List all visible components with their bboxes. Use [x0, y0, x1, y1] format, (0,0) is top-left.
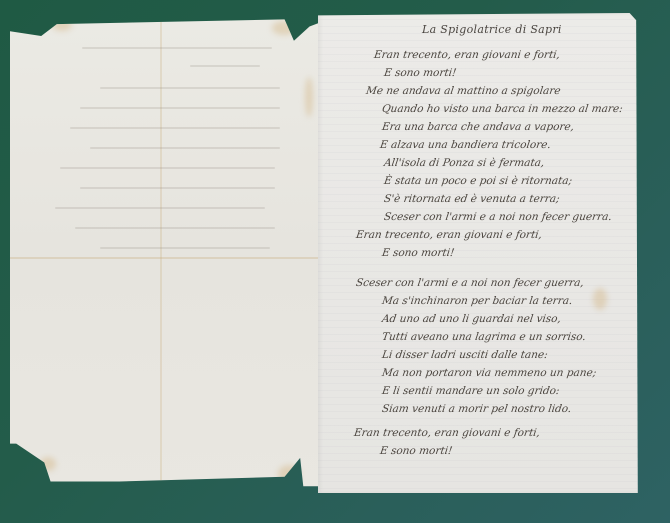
bleed-through-line — [80, 187, 275, 189]
bleed-through-line — [70, 127, 280, 129]
verse-line: E alzava una bandiera tricolore. — [379, 139, 551, 151]
horizontal-fold-crease — [10, 257, 322, 259]
poem-title: La Spigolatrice di Sapri — [422, 23, 562, 36]
verse-line: Li disser ladri usciti dalle tane: — [381, 349, 548, 361]
bleed-through-line — [190, 65, 260, 67]
verse-line: Ma non portaron via nemmeno un pane; — [381, 367, 597, 379]
stain — [593, 288, 607, 310]
verse-line: È stata un poco e poi si è ritornata; — [383, 175, 573, 187]
verse-line: Siam venuti a morir pel nostro lido. — [381, 403, 572, 415]
verse-line: Ad uno ad uno li guardai nel viso, — [381, 313, 562, 325]
stain — [40, 457, 56, 471]
left-sheet — [10, 17, 322, 491]
bleed-through-line — [75, 227, 275, 229]
verse-line: Sceser con l'armi e a noi non fecer guer… — [355, 277, 584, 289]
stain — [305, 77, 313, 117]
stain — [272, 21, 296, 35]
verse-line: E sono morti! — [383, 67, 457, 79]
verse-line: Era una barca che andava a vapore, — [381, 121, 575, 133]
bleed-through-line — [90, 147, 280, 149]
verse-line: Me ne andava al mattino a spigolare — [365, 85, 561, 97]
verse-line: Eran trecento, eran giovani e forti, — [373, 49, 561, 61]
verse-line: E li sentii mandare un solo grido: — [381, 385, 560, 397]
verse-line: Quando ho visto una barca in mezzo al ma… — [381, 103, 623, 115]
bleed-through-line — [55, 207, 265, 209]
bleed-through-line — [82, 47, 272, 49]
verse-line: Sceser con l'armi e a noi non fecer guer… — [383, 211, 612, 223]
verse-line: All'isola di Ponza si è fermata, — [383, 157, 545, 169]
verse-line: Eran trecento, eran giovani e forti, — [355, 229, 543, 241]
verse-line: E sono morti! — [381, 247, 455, 259]
bleed-through-line — [80, 107, 280, 109]
bleed-through-line — [100, 87, 280, 89]
bleed-through-line — [60, 167, 275, 169]
stain — [52, 19, 72, 31]
verse-line: Tutti aveano una lagrima e un sorriso. — [381, 331, 586, 343]
bleed-through-line — [100, 247, 270, 249]
verse-line: Eran trecento, eran giovani e forti, — [353, 427, 541, 439]
stain — [278, 465, 300, 483]
verse-line: S'è ritornata ed è venuta a terra; — [383, 193, 560, 205]
verse-line: E sono morti! — [379, 445, 453, 457]
right-sheet: La Spigolatrice di Sapri Eran trecento, … — [318, 13, 646, 493]
verse-line: Ma s'inchinaron per baciar la terra. — [381, 295, 573, 307]
